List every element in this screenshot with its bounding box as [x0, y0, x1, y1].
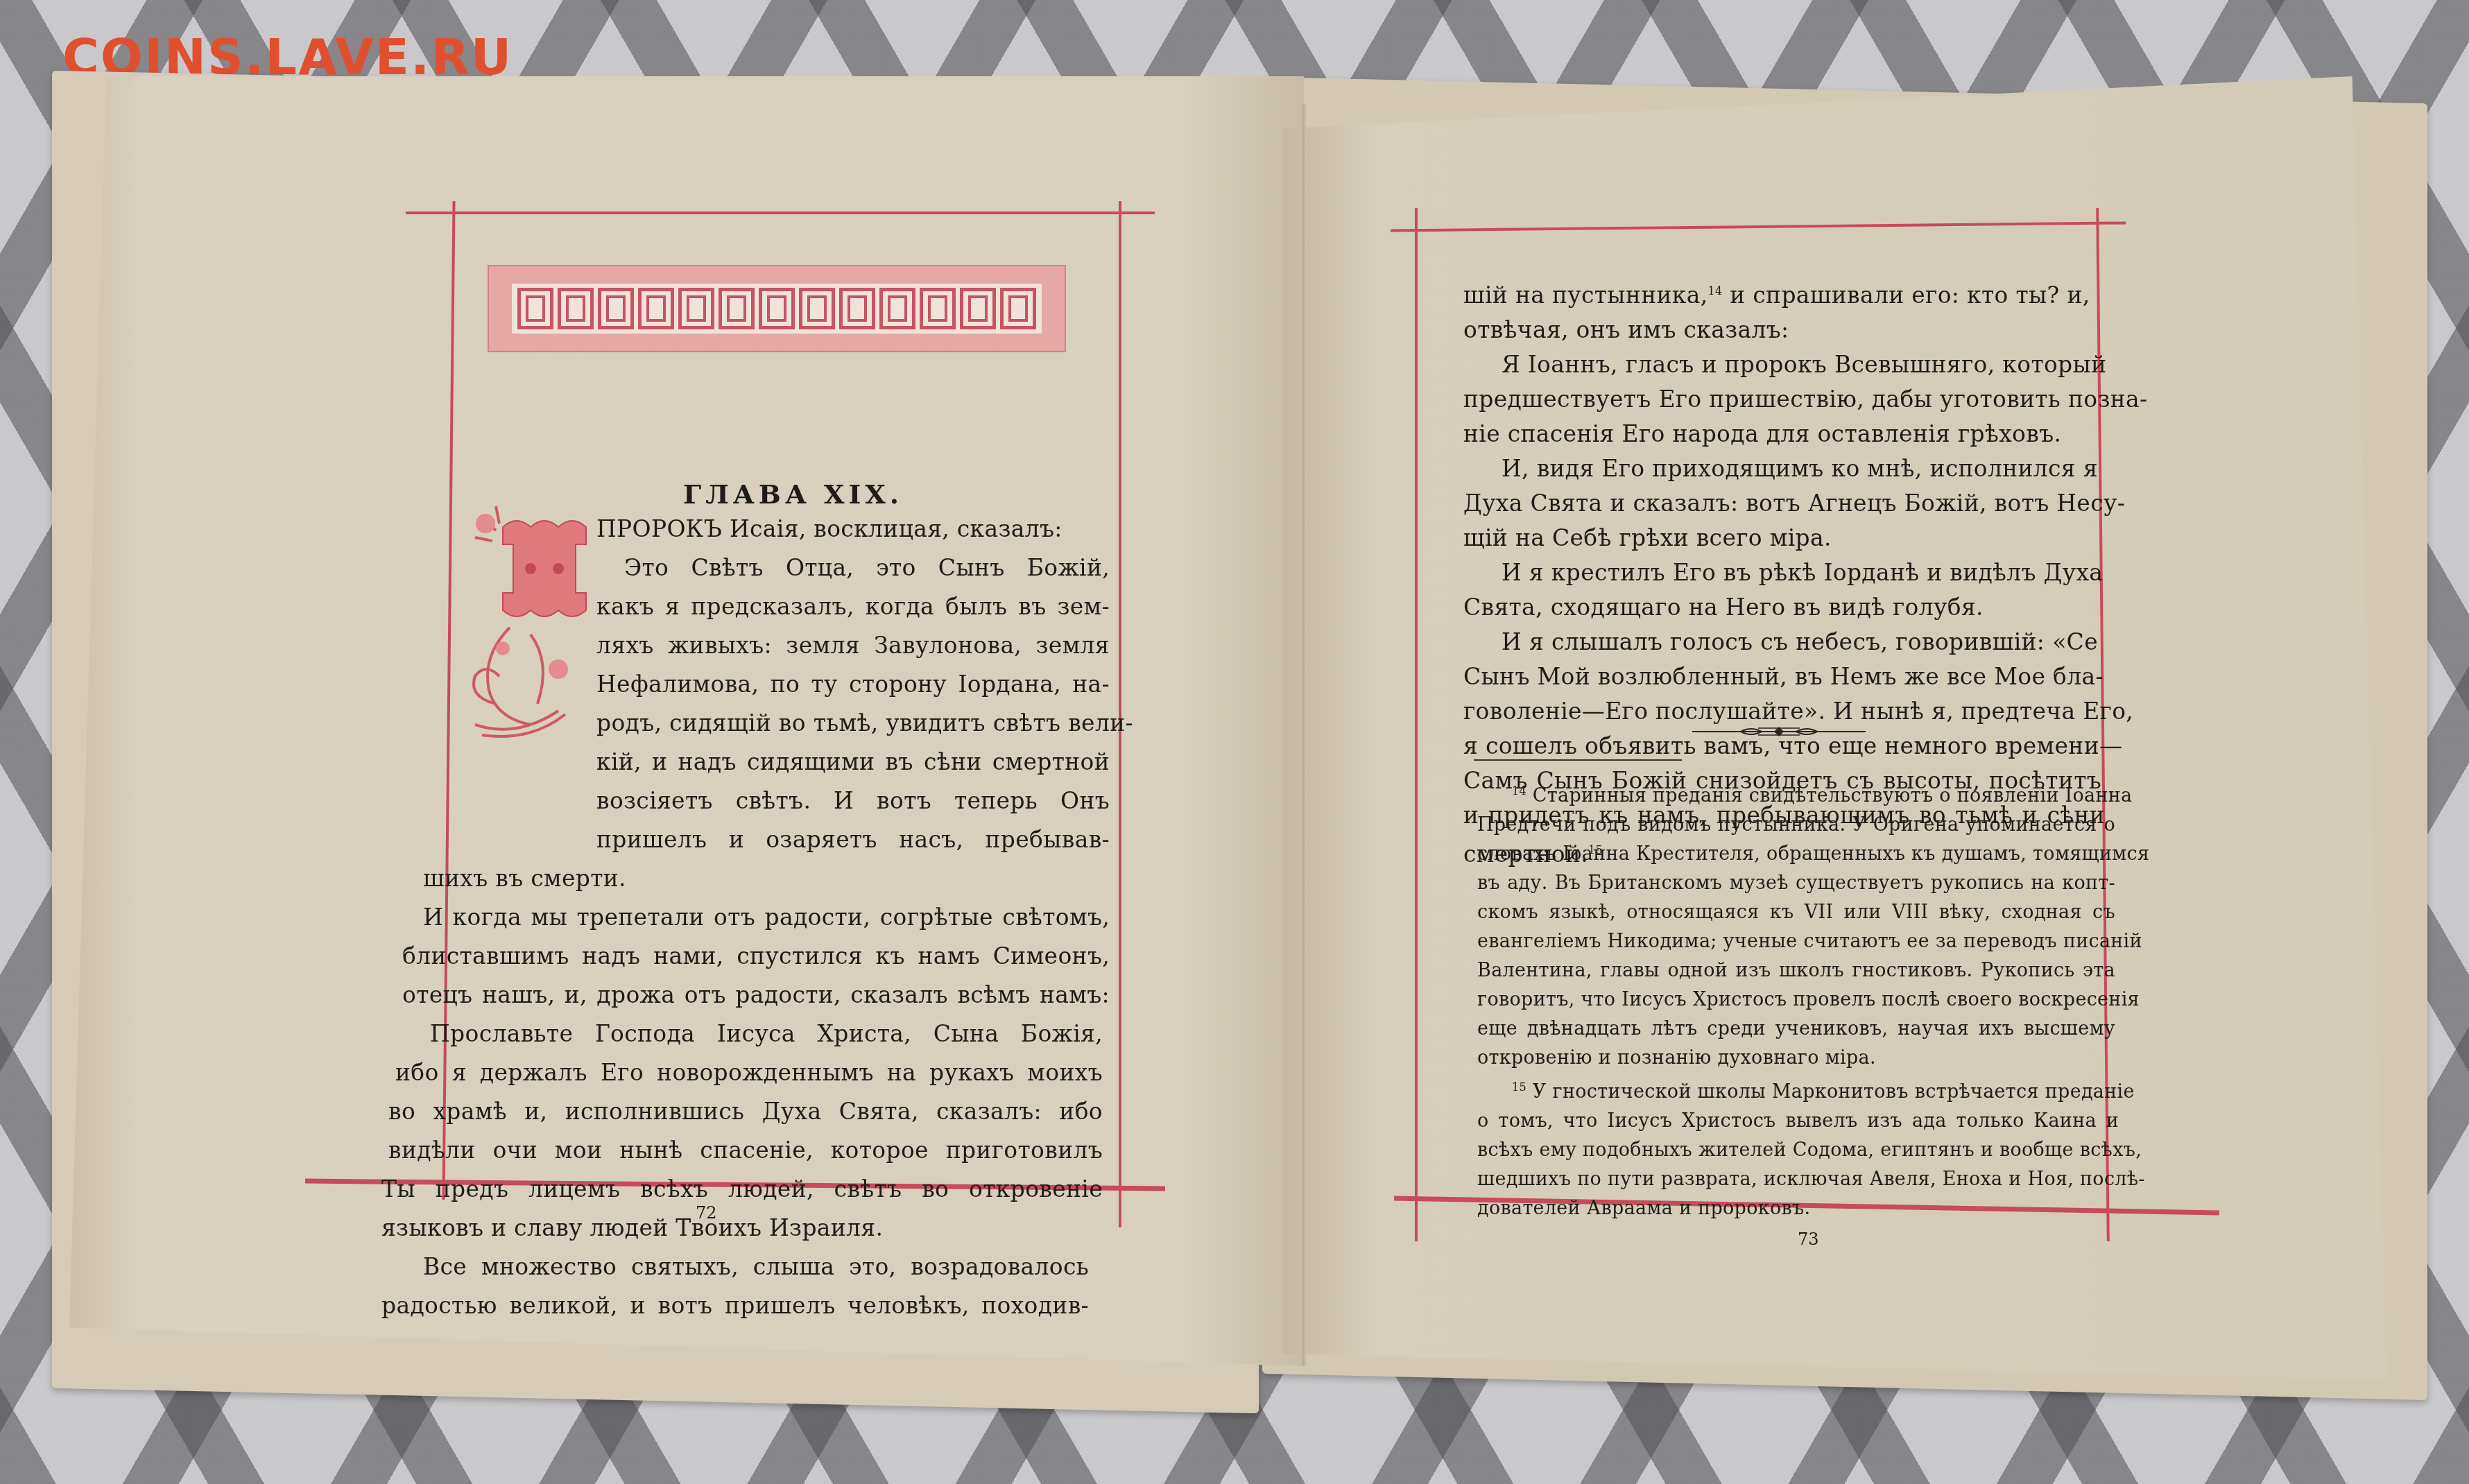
- text-line: ляхъ живыхъ: земля Завулонова, земля: [596, 626, 1110, 665]
- page-number-left: 72: [696, 1203, 717, 1223]
- text-line: шій на пустынника,14 и спрашивали его: к…: [1463, 274, 2088, 313]
- text-line: шихъ въ смерти.: [423, 859, 1110, 898]
- text-line: говоритъ, что Іисусъ Христосъ провелъ по…: [1477, 985, 2115, 1015]
- ornament-cell-icon: [678, 288, 714, 329]
- ornamental-divider-icon: [1692, 725, 1866, 739]
- footnote-number: 14: [1512, 784, 1526, 797]
- ornament-header-band: [488, 265, 1066, 352]
- text-line: какъ я предсказалъ, когда былъ въ зем-: [596, 587, 1110, 626]
- ornament-cell-icon: [1000, 288, 1036, 329]
- footnote-14: 14 Старинныя преданія свидѣтельствуютъ о…: [1477, 777, 2115, 1073]
- text-line: говоленіе—Его послушайте». И нынѣ я, пре…: [1463, 694, 2098, 729]
- text-line: кій, и надъ сидящими въ сѣни смертной: [596, 743, 1110, 782]
- text-line: Ты предъ лицемъ всѣхъ людей, свѣтъ во от…: [381, 1170, 1103, 1209]
- book-spine: [1302, 104, 1307, 1366]
- text-line: Все множество святыхъ, слыша это, возрад…: [423, 1248, 1089, 1286]
- text-line: Валентина, главы одной изъ школъ гностик…: [1477, 956, 2115, 985]
- ornament-cell-icon: [879, 288, 915, 329]
- text-line: ПРОРОКЪ Исаія, восклицая, сказалъ:: [596, 510, 1110, 549]
- ornament-cell-icon: [558, 288, 594, 329]
- footnote-number: 15: [1512, 1080, 1526, 1094]
- text-line: отвѣчая, онъ имъ сказалъ:: [1463, 313, 2115, 347]
- ornament-cell-icon: [517, 288, 553, 329]
- ornament-cell-icon: [719, 288, 755, 329]
- text-line: въ аду. Въ Британскомъ музеѣ существуетъ…: [1477, 869, 2115, 898]
- text-line: блиставшимъ надъ нами, спустился къ намъ…: [402, 937, 1110, 976]
- text-line: видѣли очи мои нынѣ спасеніе, которое пр…: [388, 1131, 1103, 1170]
- text-line: ибо я держалъ Его новорожденнымъ на рука…: [395, 1053, 1103, 1092]
- footnotes: 14 Старинныя преданія свидѣтельствуютъ о…: [1477, 777, 2115, 1223]
- text-line: о томъ, что Іисусъ Христосъ вывелъ изъ а…: [1477, 1107, 2119, 1136]
- text-line: дователей Авраама и пророковъ.: [1477, 1194, 2115, 1223]
- text-line: всѣхъ ему подобныхъ жителей Содома, егип…: [1477, 1136, 2119, 1165]
- ornament-cell-icon: [920, 288, 956, 329]
- text-line: откровенію и познанію духовнаго міра.: [1477, 1044, 2115, 1073]
- text-line: Духа Свята и сказалъ: вотъ Агнецъ Божій,…: [1463, 486, 2091, 521]
- text-line: евангеліемъ Никодима; ученые считаютъ ее…: [1477, 927, 2115, 956]
- left-frame-top: [406, 212, 1155, 214]
- ornament-cell-icon: [839, 288, 875, 329]
- chapter-title: ГЛАВА XIX.: [683, 478, 903, 510]
- text-line: Это Свѣтъ Отца, это Сынъ Божій,: [624, 549, 1110, 587]
- text-line: Свята, сходящаго на Него въ видѣ голубя.: [1463, 590, 2115, 625]
- text-line: И я слышалъ голосъ съ небесъ, говорившій…: [1502, 625, 2098, 659]
- text-line: Прославьте Господа Іисуса Христа, Сына Б…: [430, 1015, 1103, 1053]
- ornament-cell-icon: [960, 288, 996, 329]
- text-line: скомъ языкѣ, относящаяся къ VII или VIII…: [1477, 898, 2115, 927]
- ornament-cell-icon: [598, 288, 634, 329]
- text-line: Нефалимова, по ту сторону Іордана, на-: [596, 665, 1110, 704]
- text-line: радостью великой, и вотъ пришелъ человѣк…: [381, 1286, 1089, 1325]
- text-line: отецъ нашъ, и, дрожа отъ радости, сказал…: [402, 976, 1110, 1015]
- text-line: Я Іоаннъ, гласъ и пророкъ Всевышняго, ко…: [1502, 347, 2088, 382]
- ornament-cell-icon: [799, 288, 835, 329]
- left-page-body: ПРОРОКЪ Исаія, восклицая, сказалъ: Это С…: [388, 510, 1110, 1325]
- text-line: Сынъ Мой возлюбленный, въ Немъ же все Мо…: [1463, 659, 2098, 694]
- text-line: пришелъ и озаряетъ насъ, пребывав-: [596, 820, 1110, 859]
- text-line: И, видя Его приходящимъ ко мнѣ, исполнил…: [1502, 451, 2091, 486]
- text-line: Предтечи подъ видомъ пустынника. У Ориге…: [1477, 811, 2115, 840]
- text-line: шедшихъ по пути разврата, исключая Авеля…: [1477, 1165, 2119, 1194]
- text-line: И я крестилъ Его въ рѣкѣ Іорданѣ и видѣл…: [1502, 555, 2094, 590]
- text-line: ніе спасенія Его народа для оставленія г…: [1463, 417, 2115, 451]
- footnote-15: 15 У гностической школы Марконитовъ встр…: [1477, 1073, 2115, 1223]
- text-line: возсіяетъ свѣтъ. И вотъ теперь Онъ: [596, 782, 1110, 820]
- text-line: родъ, сидящій во тьмѣ, увидитъ свѣтъ вел…: [596, 704, 1110, 743]
- footnote-separator: [1474, 759, 1682, 761]
- text-line: во храмѣ и, исполнившись Духа Свята, ска…: [388, 1092, 1103, 1131]
- text-line: И когда мы трепетали отъ радости, согрѣт…: [423, 898, 1110, 937]
- text-line: предшествуетъ Его пришествію, дабы угото…: [1463, 382, 2088, 417]
- ornament-cell-icon: [759, 288, 795, 329]
- footnote-ref[interactable]: 14: [1707, 284, 1722, 297]
- page-number-right: 73: [1798, 1230, 1819, 1249]
- text-line: еще двѣнадцать лѣтъ среди учениковъ, нау…: [1477, 1015, 2115, 1044]
- text-line: языковъ и славу людей Твоихъ Израиля.: [381, 1209, 1110, 1248]
- text-line: щій на Себѣ грѣхи всего міра.: [1463, 521, 2115, 555]
- right-frame-left: [1415, 208, 1418, 1241]
- ornament-cell-icon: [638, 288, 674, 329]
- text-line: словахъ Іоанна Крестителя, обращенныхъ к…: [1477, 840, 2115, 869]
